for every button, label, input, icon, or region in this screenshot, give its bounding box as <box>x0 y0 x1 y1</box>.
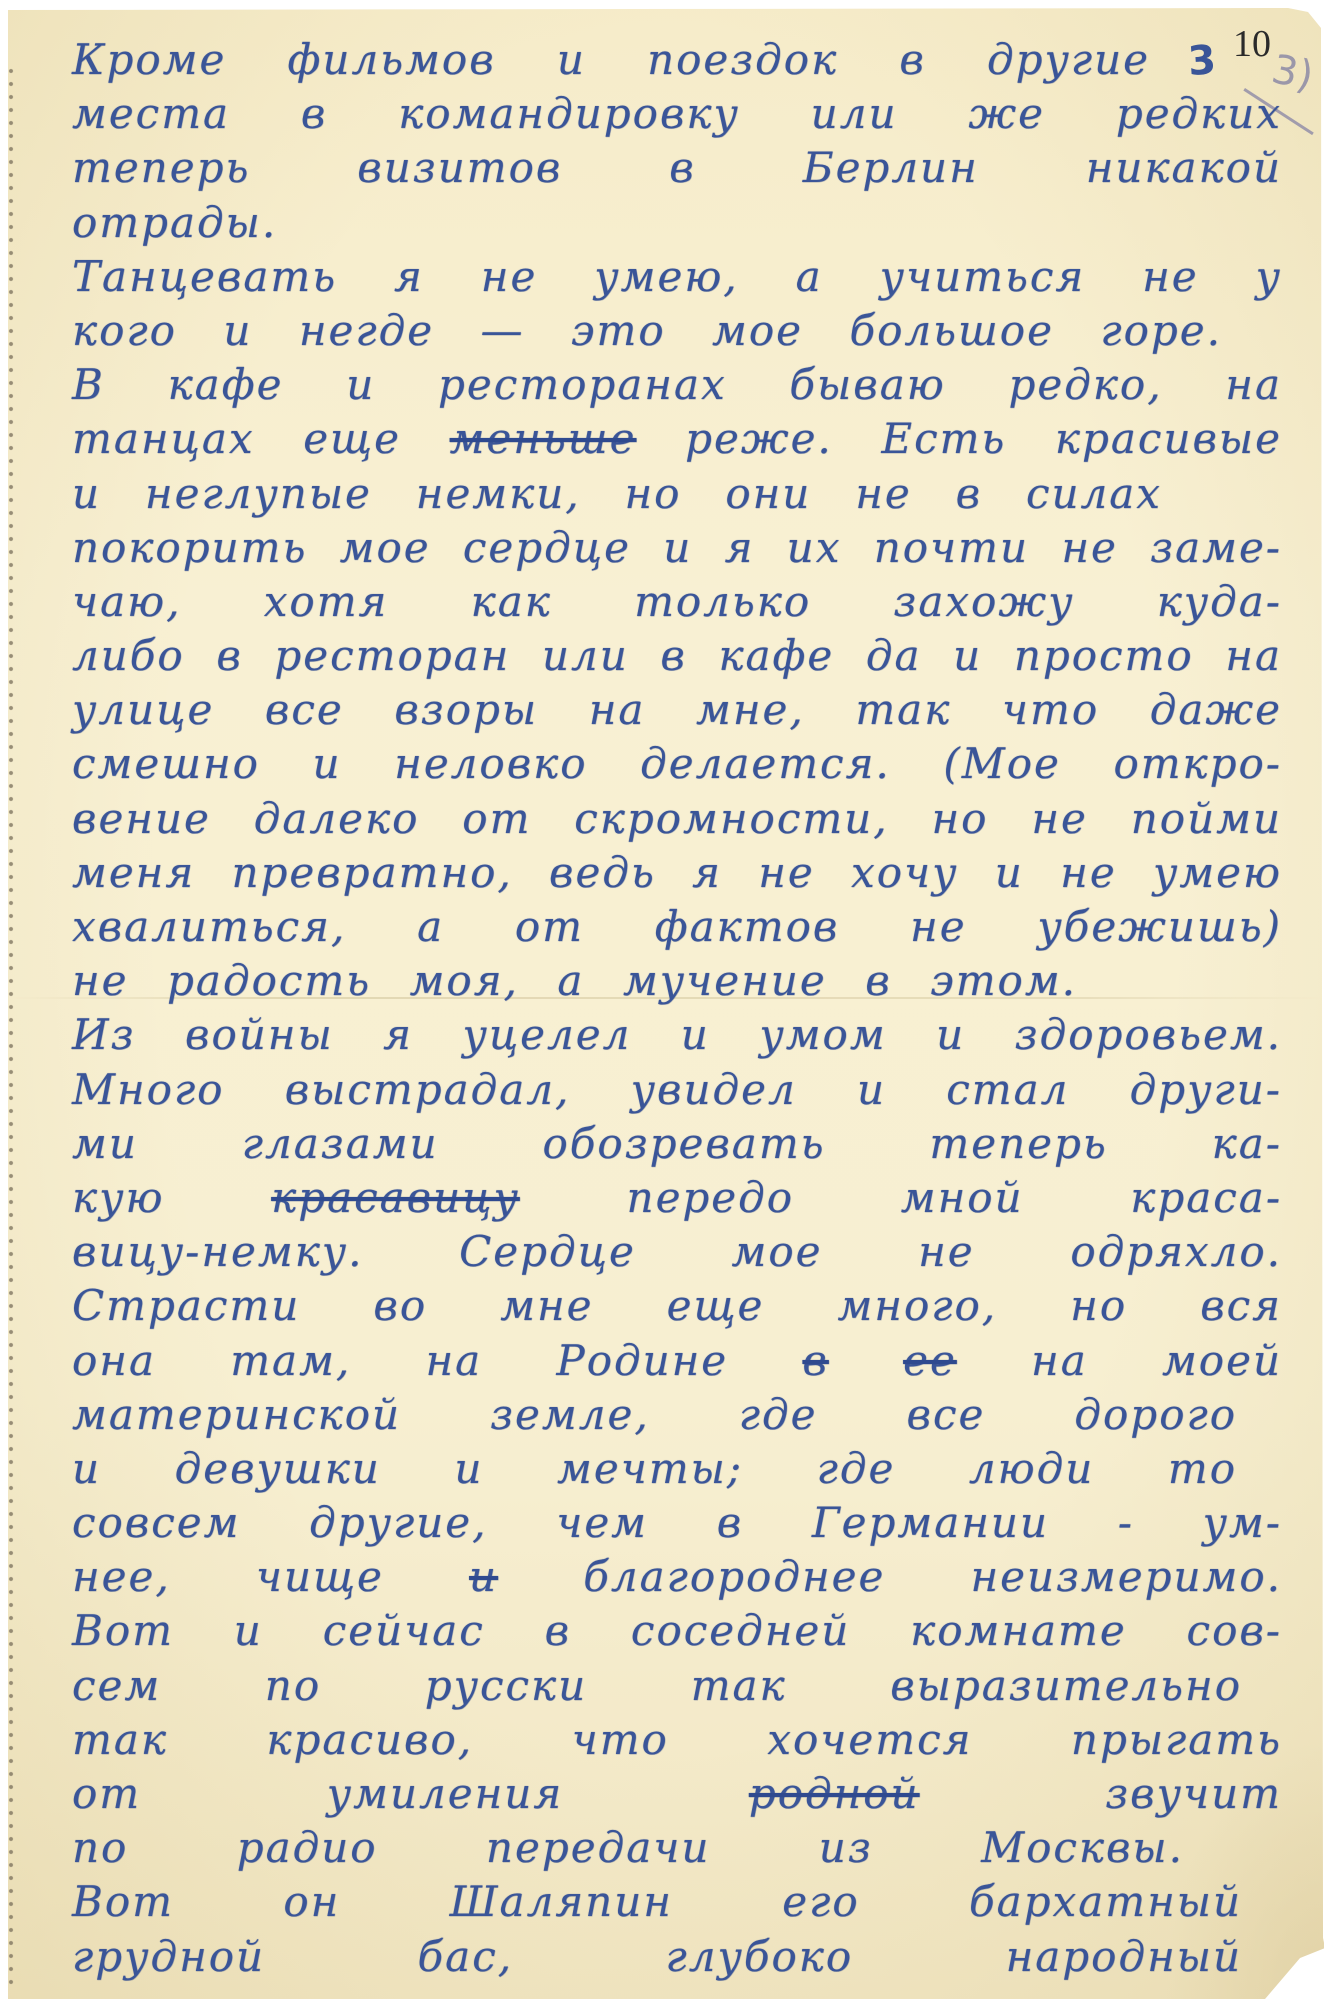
letter-line: теперь визитов в Берлин никакой <box>72 141 1282 195</box>
letter-line: ми глазами обозревать теперь ка- <box>72 1117 1282 1171</box>
line-text: благороднее неизмеримо. <box>498 1552 1282 1601</box>
letter-line: хвалиться, а от фактов не убежишь) <box>72 900 1282 954</box>
line-text: танцах еще <box>72 414 450 463</box>
struck-out-word: в <box>802 1336 828 1385</box>
letter-line: вение далеко от скромности, но не пойми <box>72 792 1282 846</box>
letter-line: кого и негде — это мое большое горе. <box>72 304 1222 358</box>
letter-line: Много выстрадал, увидел и стал други- <box>72 1063 1282 1117</box>
line-text: от умиления <box>72 1769 749 1818</box>
letter-line: покорить мое сердце и я их почти не заме… <box>72 521 1282 575</box>
letter-line: В кафе и ресторанах бываю редко, на <box>72 358 1282 412</box>
letter-line: Вот он Шаляпин его бархатный <box>72 1875 1242 1929</box>
letter-line: по радио передачи из Москвы. <box>72 1821 1184 1875</box>
handwritten-letter-body: Кроме фильмов и поездок в другие места в… <box>72 33 1287 1984</box>
line-text: передо мной краса- <box>520 1173 1282 1222</box>
letter-line: материнской земле, где все дорого <box>72 1388 1237 1442</box>
letter-line: так красиво, что хочется прыгать <box>72 1713 1282 1767</box>
letter-line: и девушки и мечты; где люди то <box>72 1442 1237 1496</box>
letter-line: совсем другие, чем в Германии - ум- <box>72 1496 1282 1550</box>
letter-line: и неглупые немки, но они не в силах <box>72 467 1162 521</box>
letter-line: кую красавицу передо мной краса- <box>72 1171 1282 1225</box>
letter-line: танцах еще меньше реже. Есть красивые <box>72 412 1282 466</box>
letter-line: Страсти во мне еще много, но вся <box>72 1279 1282 1333</box>
letter-line: отрады. <box>72 196 1287 250</box>
line-text: кую <box>72 1173 271 1222</box>
letter-line: Танцевать я не умею, а учиться не у <box>72 250 1282 304</box>
letter-line: сем по русски так выразительно <box>72 1659 1242 1713</box>
perforated-edge <box>8 68 15 1988</box>
letter-line: вицу-немку. Сердце мое не одряхло. <box>72 1225 1282 1279</box>
letter-line: места в командировку или же редких <box>72 87 1282 141</box>
letter-line: грудной бас, глубоко народный <box>72 1930 1242 1984</box>
letter-line: чаю, хотя как только захожу куда- <box>72 575 1282 629</box>
letter-line: улице все взоры на мне, так что даже <box>72 683 1282 737</box>
letter-line: Вот и сейчас в соседней комнате сов- <box>72 1604 1282 1658</box>
line-text: на моей <box>957 1336 1282 1385</box>
line-text: нее, чище <box>72 1552 469 1601</box>
line-text: реже. Есть красивые <box>636 414 1282 463</box>
struck-out-word: меньше <box>450 414 637 463</box>
letter-line: Из войны я уцелел и умом и здоровьем. <box>72 1008 1282 1062</box>
struck-out-word: красавицу <box>271 1173 520 1222</box>
letter-line: Кроме фильмов и поездок в другие <box>72 33 1150 87</box>
letter-line: не радость моя, а мучение в этом. <box>72 954 1077 1008</box>
letter-line: меня превратно, ведь я не хочу и не умею <box>72 846 1282 900</box>
letter-line: от умиления родной звучит <box>72 1767 1282 1821</box>
letter-line: либо в ресторан или в кафе да и просто н… <box>72 629 1282 683</box>
line-text <box>829 1336 903 1385</box>
letter-line: смешно и неловко делается. (Мое откро- <box>72 737 1282 791</box>
struck-out-word: и <box>469 1552 498 1601</box>
line-text: она там, на Родине <box>72 1336 802 1385</box>
letter-line: нее, чище и благороднее неизмеримо. <box>72 1550 1282 1604</box>
struck-out-word: родной <box>749 1769 920 1818</box>
struck-out-word: ее <box>903 1336 957 1385</box>
line-text: звучит <box>920 1769 1282 1818</box>
letter-line: она там, на Родине в ее на моей <box>72 1334 1282 1388</box>
